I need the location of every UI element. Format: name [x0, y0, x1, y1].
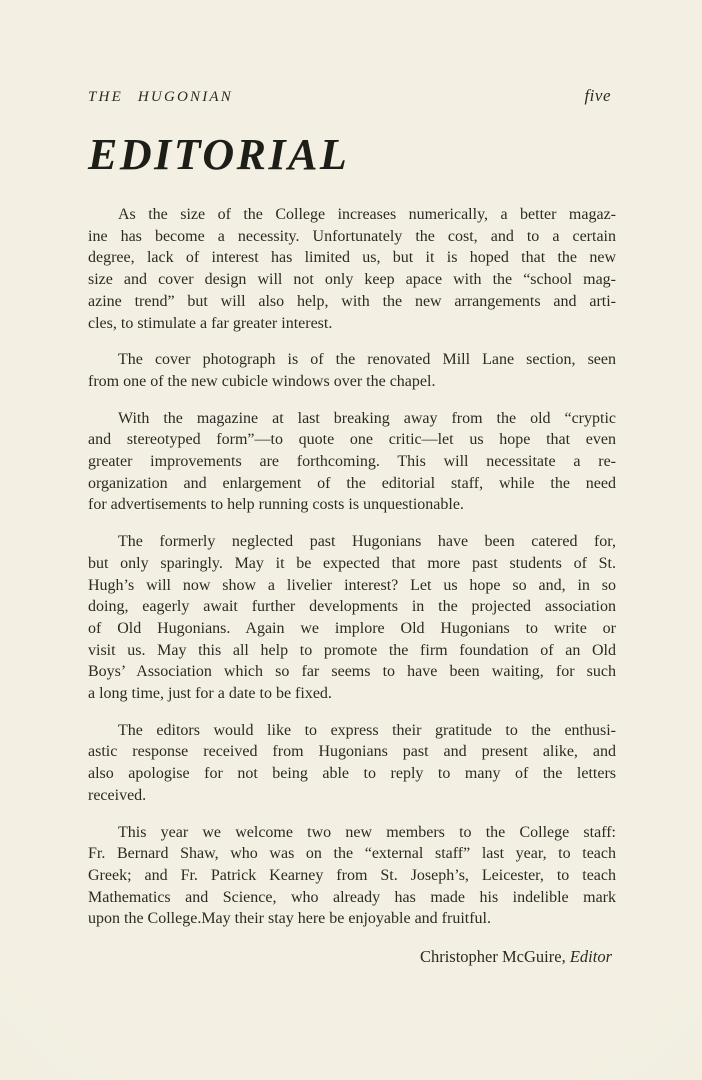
paragraph: As the size of the College increases num…	[88, 204, 616, 334]
page-title: EDITORIAL	[88, 133, 616, 177]
text-line: cles, to stimulate a far greater interes…	[88, 313, 616, 335]
text-line: Fr. Bernard Shaw, who was on the “extern…	[88, 843, 616, 865]
text-line: Boys’ Association which so far seems to …	[88, 661, 616, 683]
running-title: THE HUGONIAN	[88, 89, 233, 106]
text-line: The formerly neglected past Hugonians ha…	[88, 531, 616, 553]
text-line: As the size of the College increases num…	[88, 204, 616, 226]
text-line: The editors would like to express their …	[88, 720, 616, 742]
paragraph: The formerly neglected past Hugonians ha…	[88, 531, 616, 705]
text-line: doing, eagerly await further development…	[88, 596, 616, 618]
signature-line: Christopher McGuire, Editor	[88, 947, 616, 967]
text-line: but only sparingly. May it be expected t…	[88, 553, 616, 575]
text-line: greater improvements are forthcoming. Th…	[88, 451, 616, 473]
text-line: degree, lack of interest has limited us,…	[88, 247, 616, 269]
text-line: azine trend” but will also help, with th…	[88, 291, 616, 313]
page-header: THE HUGONIAN five	[88, 86, 616, 106]
text-line: for advertisements to help running costs…	[88, 494, 616, 516]
text-line: Hugh’s will now show a livelier interest…	[88, 575, 616, 597]
text-line: upon the College.May their stay here be …	[88, 908, 616, 930]
magazine-page: THE HUGONIAN five EDITORIAL As the size …	[0, 0, 702, 1080]
signature-name: Christopher McGuire,	[420, 947, 570, 966]
text-line: from one of the new cubicle windows over…	[88, 371, 616, 393]
paragraph: This year we welcome two new members to …	[88, 822, 616, 931]
page-number: five	[584, 86, 616, 106]
paragraph: With the magazine at last breaking away …	[88, 408, 616, 517]
article-body: As the size of the College increases num…	[88, 204, 616, 930]
text-line: astic response received from Hugonians p…	[88, 741, 616, 763]
text-line: With the magazine at last breaking away …	[88, 408, 616, 430]
paragraph: The editors would like to express their …	[88, 720, 616, 807]
text-line: visit us. May this all help to promote t…	[88, 640, 616, 662]
paragraph: The cover photograph is of the renovated…	[88, 349, 616, 392]
text-line: and stereotyped form”—to quote one criti…	[88, 429, 616, 451]
text-line: received.	[88, 785, 616, 807]
text-line: The cover photograph is of the renovated…	[88, 349, 616, 371]
text-line: a long time, just for a date to be fixed…	[88, 683, 616, 705]
text-line: Mathematics and Science, who already has…	[88, 887, 616, 909]
text-line: This year we welcome two new members to …	[88, 822, 616, 844]
text-line: also apologise for not being able to rep…	[88, 763, 616, 785]
text-line: ine has become a necessity. Unfortunatel…	[88, 226, 616, 248]
text-line: size and cover design will not only keep…	[88, 269, 616, 291]
text-line: organization and enlargement of the edit…	[88, 473, 616, 495]
text-line: Greek; and Fr. Patrick Kearney from St. …	[88, 865, 616, 887]
text-column: THE HUGONIAN five EDITORIAL As the size …	[88, 0, 616, 967]
text-line: of Old Hugonians. Again we implore Old H…	[88, 618, 616, 640]
signature-role: Editor	[570, 947, 612, 966]
